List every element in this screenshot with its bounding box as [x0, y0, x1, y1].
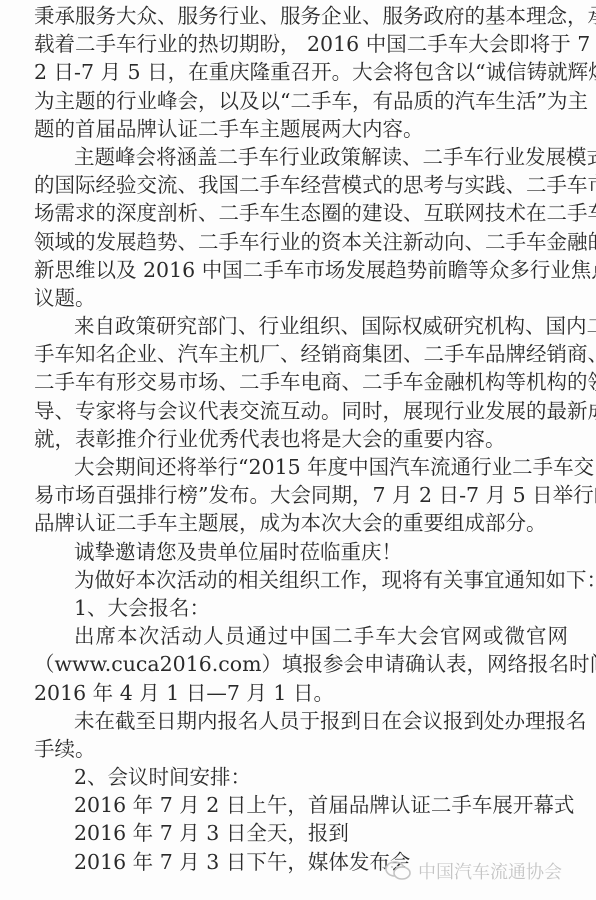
text-line: 就，表彰推介行业优秀代表也将是大会的重要内容。 — [34, 425, 568, 453]
text-line: 场需求的深度剖析、二手车生态圈的建设、互联网技术在二手车 — [34, 199, 568, 227]
document-body: 秉承服务大众、服务行业、服务企业、服务政府的基本理念，承 载着二手车行业的热切期… — [34, 2, 568, 876]
text-line: 秉承服务大众、服务行业、服务企业、服务政府的基本理念，承 — [34, 2, 568, 30]
text-line: 2 日-7 月 5 日，在重庆隆重召开。大会将包含以“诚信铸就辉煌” — [34, 58, 568, 86]
text-line: 手车知名企业、汽车主机厂、经销商集团、二手车品牌经销商、 — [34, 340, 568, 368]
section-heading: 2、会议时间安排： — [34, 763, 568, 791]
schedule-item: 2016 年 7 月 2 日上午，首届品牌认证二手车展开幕式 — [34, 791, 568, 819]
text-line: 的国际经验交流、我国二手车经营模式的思考与实践、二手车市 — [34, 171, 568, 199]
text-line: 议题。 — [34, 284, 568, 312]
text-line: 为做好本次活动的相关组织工作，现将有关事宜通知如下： — [34, 566, 568, 594]
text-line: 二手车有形交易市场、二手车电商、二手车金融机构等机构的领 — [34, 368, 568, 396]
schedule-item: 2016 年 7 月 3 日全天，报到 — [34, 819, 568, 847]
watermark-text: 中国汽车流通协会 — [418, 858, 562, 884]
text-line: 2016 年 4 月 1 日—7 月 1 日。 — [34, 679, 568, 707]
wechat-icon — [384, 860, 412, 882]
text-line: 诚挚邀请您及贵单位届时莅临重庆！ — [34, 538, 568, 566]
text-line: 主题峰会将涵盖二手车行业政策解读、二手车行业发展模式 — [34, 143, 568, 171]
text-line: 来自政策研究部门、行业组织、国际权威研究机构、国内二 — [34, 312, 568, 340]
text-line: 新思维以及 2016 中国二手车市场发展趋势前瞻等众多行业焦点 — [34, 256, 568, 284]
text-line: 未在截至日期内报名人员于报到日在会议报到处办理报名 — [34, 707, 568, 735]
text-line: 大会期间还将举行“2015 年度中国汽车流通行业二手车交 — [34, 453, 568, 481]
text-line: 为主题的行业峰会，以及以“二手车，有品质的汽车生活”为主 — [34, 87, 568, 115]
text-line: 题的首届品牌认证二手车主题展两大内容。 — [34, 115, 568, 143]
text-line: 易市场百强排行榜”发布。大会同期，7 月 2 日-7 月 5 日举行的 — [34, 481, 568, 509]
text-line: 载着二手车行业的热切期盼， 2016 中国二手车大会即将于 7 月 — [34, 30, 568, 58]
text-line: 领域的发展趋势、二手车行业的资本关注新动向、二手车金融的 — [34, 228, 568, 256]
text-line: 品牌认证二手车主题展，成为本次大会的重要组成部分。 — [34, 509, 568, 537]
section-heading: 1、大会报名： — [34, 594, 568, 622]
text-line: 导、专家将与会议代表交流互动。同时，展现行业发展的最新成 — [34, 397, 568, 425]
text-line: 出席本次活动人员通过中国二手车大会官网或微官网 — [34, 622, 568, 650]
watermark: 中国汽车流通协会 — [384, 858, 562, 884]
text-line: 手续。 — [34, 735, 568, 763]
text-line: （www.cuca2016.com）填报参会申请确认表，网络报名时间为： — [34, 650, 568, 678]
